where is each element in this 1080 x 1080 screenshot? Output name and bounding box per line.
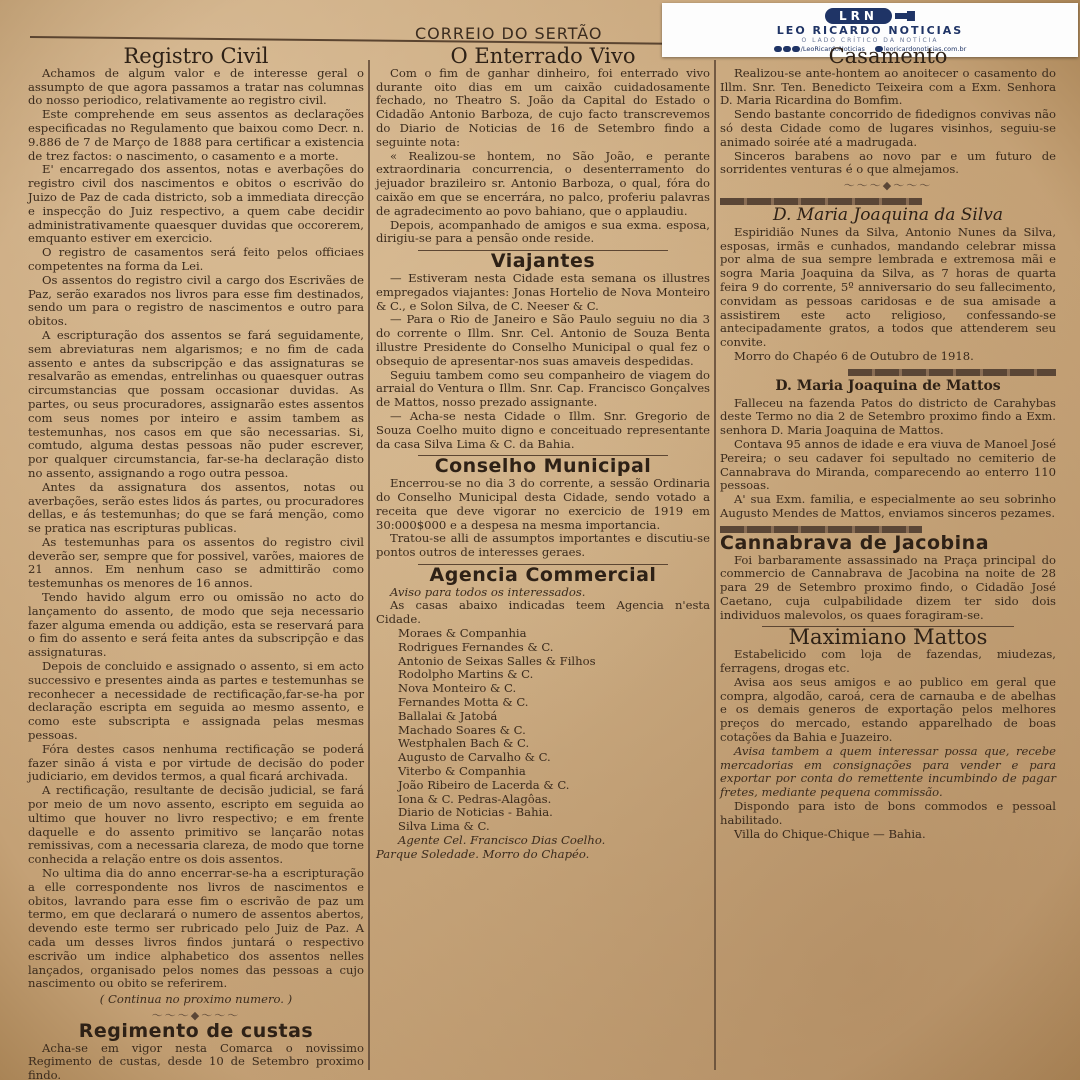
article-body: Estabelicido com loja de fazendas, miude… — [720, 648, 1056, 745]
paragraph: Estabelicido com loja de fazendas, miude… — [720, 648, 1056, 676]
paragraph: O registro de casamentos será feito pelo… — [28, 246, 364, 274]
paragraph: Morro do Chapéo 6 de Outubro de 1918. — [720, 350, 1056, 364]
brand-name: LEO RICARDO NOTICIAS — [662, 25, 1078, 37]
paragraph: Falleceu na fazenda Patos do districto d… — [720, 397, 1056, 438]
paragraph: A rectificação, resultante de decisão ju… — [28, 784, 364, 867]
agency-item: Fernandes Motta & C. — [376, 696, 710, 710]
paragraph: Contava 95 annos de idade e era viuva de… — [720, 438, 1056, 493]
agency-item: Rodolpho Martins & C. — [376, 668, 710, 682]
article-title: Regimento de custas — [28, 1025, 364, 1039]
agency-item: Rodrigues Fernandes & C. — [376, 641, 710, 655]
advert-signature: Villa do Chique-Chique — Bahia. — [720, 828, 1056, 842]
paragraph: Este comprehende em seus assentos as dec… — [28, 108, 364, 163]
paragraph: Antes da assignatura dos assentos, notas… — [28, 481, 364, 536]
article-body: Encerrou-se no dia 3 do corrente, a sess… — [376, 477, 710, 560]
logo-mark: LRN — [825, 8, 915, 24]
paragraph: Tratou-se alli de assumptos importantes … — [376, 532, 710, 560]
article-body: Acha-se em vigor nesta Comarca o novissi… — [28, 1042, 364, 1080]
agency-item: Nova Monteiro & C. — [376, 682, 710, 696]
paragraph: Acha-se em vigor nesta Comarca o novissi… — [28, 1042, 364, 1080]
column-left: Registro Civil Achamos de algum valor e … — [28, 48, 364, 1080]
paragraph: Foi barbaramente assassinado na Praça pr… — [720, 554, 1056, 623]
agency-item: Augusto de Carvalho & C. — [376, 751, 710, 765]
agency-item: Viterbo & Companhia — [376, 765, 710, 779]
paragraph: A escripturação dos assentos se fará seg… — [28, 329, 364, 481]
agency-item: Diario de Noticias - Bahia. — [376, 806, 710, 820]
advert-maximiano: Maximiano Mattos Estabelicido com loja d… — [720, 631, 1056, 841]
paragraph: Depois, acompanhado de amigos e sua exma… — [376, 219, 710, 247]
paragraph: Espiridião Nunes da Silva, Antonio Nunes… — [720, 226, 1056, 350]
article-title: O Enterrado Vivo — [376, 50, 710, 64]
paragraph: — Acha-se nesta Cidade o Illm. Snr. Greg… — [376, 410, 710, 451]
paragraph: Os assentos do registro civil a cargo do… — [28, 274, 364, 329]
advert-italic: Avisa tambem a quem interessar possa que… — [720, 745, 1056, 800]
paragraph: Encerrou-se no dia 3 do corrente, a sess… — [376, 477, 710, 532]
article-agencia: Agencia Commercial Aviso para todos os i… — [376, 569, 710, 862]
column-divider — [714, 60, 716, 1070]
paragraph: Fóra destes casos nenhuma rectificação s… — [28, 743, 364, 784]
paragraph: Tendo havido algum erro ou omissão no ac… — [28, 591, 364, 660]
article-body: Foi barbaramente assassinado na Praça pr… — [720, 554, 1056, 623]
paragraph: Sendo bastante concorrido de fidedignos … — [720, 108, 1056, 149]
paragraph: — Estiveram nesta Cidade esta semana os … — [376, 272, 710, 313]
column-middle: O Enterrado Vivo Com o fim de ganhar din… — [376, 48, 710, 862]
article-title: Viajantes — [376, 255, 710, 269]
article-casamento: Casamento Realizou-se ante-hontem ao ano… — [720, 50, 1056, 193]
article-subtitle: Aviso para todos os interessados. — [376, 586, 710, 600]
ornament-divider: ～～～◆～～～ — [720, 179, 1056, 193]
article-title: Casamento — [720, 50, 1056, 64]
article-title: Cannabrava de Jacobina — [720, 537, 1056, 551]
article-body: Com o fim de ganhar dinheiro, foi enterr… — [376, 67, 710, 246]
paragraph: Realizou-se ante-hontem ao anoitecer o c… — [720, 67, 1056, 108]
article-title: D. Maria Joaquina da Silva — [720, 209, 1056, 223]
paragraph: « Realizou-se hontem, no São João, e per… — [376, 150, 710, 219]
agency-item: Antonio de Seixas Salles & Filhos — [376, 655, 710, 669]
article-title: Registro Civil — [28, 50, 364, 64]
article-title: D. Maria Joaquina de Mattos — [720, 380, 1056, 394]
brand-tagline: O LADO CRÍTICO DA NOTÍCIA — [662, 37, 1078, 44]
mourning-bar — [848, 369, 1056, 376]
article-cannabrava: Cannabrava de Jacobina Foi barbaramente … — [720, 537, 1056, 623]
masthead-title: CORREIO DO SERTÃO — [415, 24, 603, 43]
paragraph: E' encarregado dos assentos, notas e ave… — [28, 163, 364, 246]
paragraph: Sinceros barabens ao novo par e um futur… — [720, 150, 1056, 178]
paragraph: Com o fim de ganhar dinheiro, foi enterr… — [376, 67, 710, 150]
agency-item: Iona & C. Pedras-Alagôas. — [376, 793, 710, 807]
article-intro: As casas abaixo indicadas teem Agencia n… — [376, 599, 710, 627]
agency-item: Machado Soares & C. — [376, 724, 710, 738]
article-body: Achamos de algum valor e de interesse ge… — [28, 67, 364, 991]
paragraph: — Para o Rio de Janeiro e São Paulo segu… — [376, 313, 710, 368]
paragraph: No ultima dia do anno encerrar-se-ha a e… — [28, 867, 364, 991]
article-body: — Estiveram nesta Cidade esta semana os … — [376, 272, 710, 451]
address-line: Parque Soledade. Morro do Chapéo. — [376, 848, 710, 862]
paragraph: Achamos de algum valor e de interesse ge… — [28, 67, 364, 108]
advert-closing: Dispondo para isto de bons commodos e pe… — [720, 800, 1056, 828]
article-conselho: Conselho Municipal Encerrou-se no dia 3 … — [376, 460, 710, 560]
article-maria-silva: D. Maria Joaquina da Silva Espiridião Nu… — [720, 209, 1056, 364]
column-divider — [368, 60, 370, 1070]
logo-text: LRN — [825, 8, 892, 24]
article-body: Realizou-se ante-hontem ao anoitecer o c… — [720, 67, 1056, 177]
continua-note: ( Continua no proximo numero. ) — [28, 993, 364, 1007]
article-maria-mattos: D. Maria Joaquina de Mattos Falleceu na … — [720, 380, 1056, 521]
article-title: Maximiano Mattos — [720, 631, 1056, 645]
agency-item: Ballalai & Jatobá — [376, 710, 710, 724]
agency-item: Moraes & Companhia — [376, 627, 710, 641]
article-title: Agencia Commercial — [376, 569, 710, 583]
article-enterrado-vivo: O Enterrado Vivo Com o fim de ganhar din… — [376, 50, 710, 246]
agency-item: Westphalen Bach & C. — [376, 737, 710, 751]
paragraph: Seguiu tambem como seu companheiro de vi… — [376, 369, 710, 410]
article-registro-civil: Registro Civil Achamos de algum valor e … — [28, 50, 364, 1023]
article-regimento: Regimento de custas Acha-se em vigor nes… — [28, 1025, 364, 1080]
article-title: Conselho Municipal — [376, 460, 710, 474]
article-body: Falleceu na fazenda Patos do districto d… — [720, 397, 1056, 521]
camera-icon — [895, 11, 915, 21]
agency-item: João Ribeiro de Lacerda & C. — [376, 779, 710, 793]
agency-list: Moraes & CompanhiaRodrigues Fernandes & … — [376, 627, 710, 834]
article-body: Espiridião Nunes da Silva, Antonio Nunes… — [720, 226, 1056, 364]
agent-line: Agente Cel. Francisco Dias Coelho. — [376, 834, 710, 848]
paragraph: A' sua Exm. familia, e especialmente ao … — [720, 493, 1056, 521]
paragraph: Avisa aos seus amigos e ao publico em ge… — [720, 676, 1056, 745]
column-right: Casamento Realizou-se ante-hontem ao ano… — [720, 48, 1056, 841]
agency-item: Silva Lima & C. — [376, 820, 710, 834]
paragraph: Depois de concluido e assignado o assent… — [28, 660, 364, 743]
mourning-bar — [720, 198, 922, 205]
article-viajantes: Viajantes — Estiveram nesta Cidade esta … — [376, 255, 710, 451]
paragraph: As testemunhas para os assentos do regis… — [28, 536, 364, 591]
